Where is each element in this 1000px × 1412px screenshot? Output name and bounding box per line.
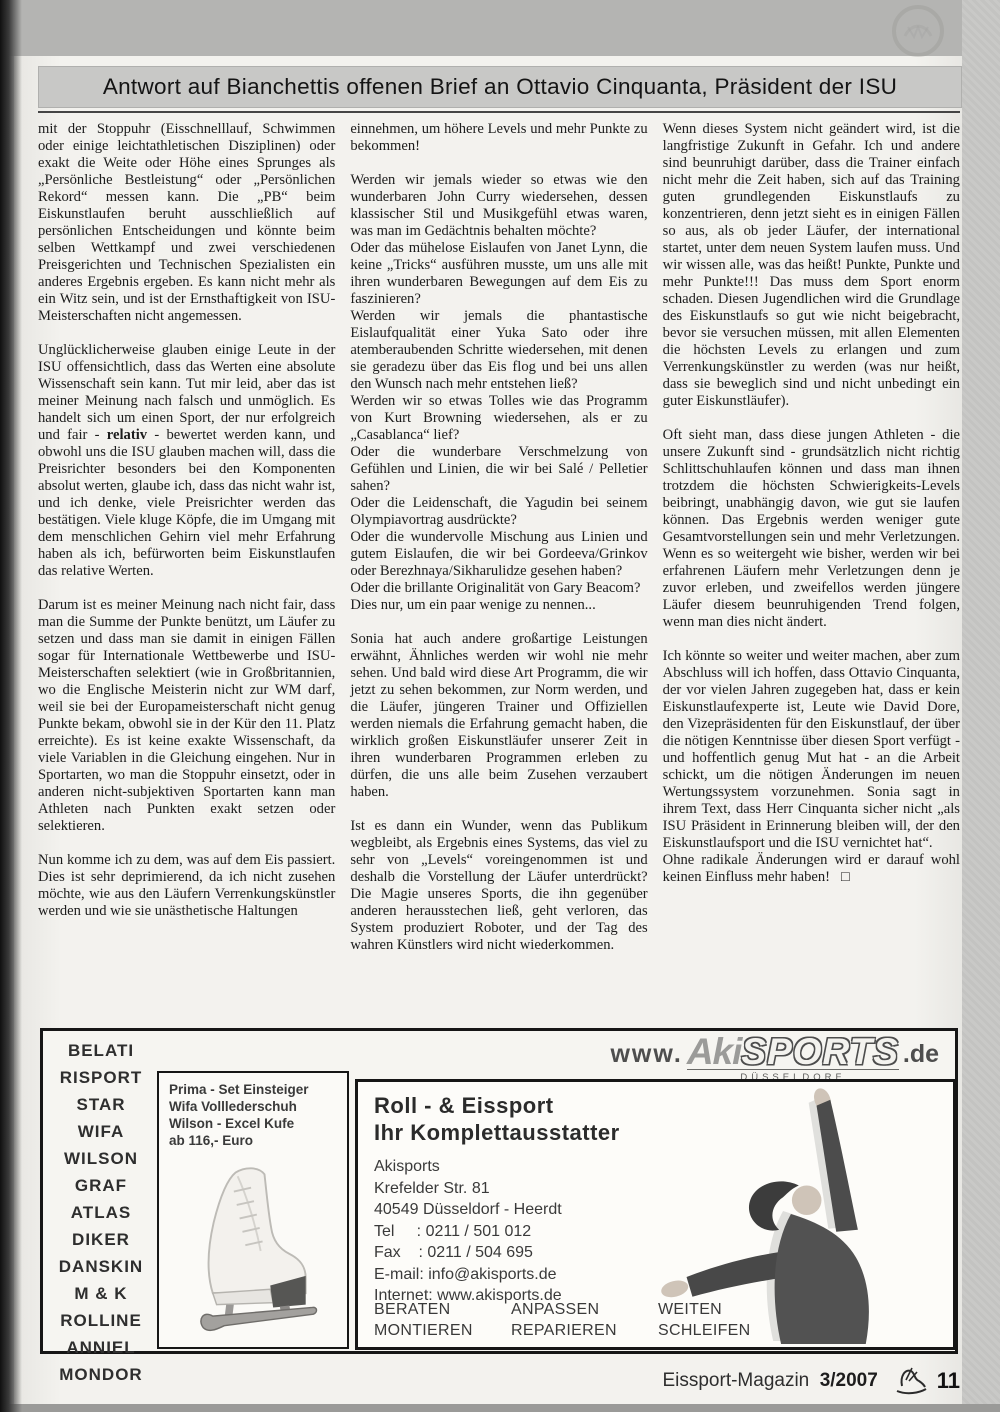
logo-tld-text: .de — [903, 1031, 939, 1077]
brand-item: DIKER — [47, 1230, 155, 1250]
contact-line: E-mail: info@akisports.de — [374, 1264, 562, 1286]
skate-boot-image — [173, 1159, 333, 1341]
brand-item: ANNIEL — [47, 1338, 155, 1358]
magazine-name: Eissport-Magazin — [662, 1370, 809, 1391]
scan-shadow-edge — [0, 0, 22, 1412]
advertisement: BELATIRISPORTSTARWIFAWILSONGRAFATLASDIKE… — [40, 1028, 958, 1354]
brand-item: DANSKIN — [47, 1257, 155, 1277]
brand-item: ROLLINE — [47, 1311, 155, 1331]
brand-item: STAR — [47, 1095, 155, 1115]
service-bottom: REPARIEREN — [511, 1320, 658, 1341]
issue-number: 3/2007 — [820, 1370, 878, 1391]
service-bottom: SCHLEIFEN — [658, 1320, 751, 1341]
offer-line: Prima - Set Einsteiger — [169, 1081, 337, 1098]
logo-www-text: www. — [610, 1031, 682, 1077]
ad-title-line2: Ihr Komplettausstatter — [374, 1119, 620, 1146]
contact-line: Fax : 0211 / 504 695 — [374, 1242, 562, 1264]
article-paragraph: Ist es dann ein Wunder, wenn das Publiku… — [350, 818, 647, 954]
article-title-bar: Antwort auf Bianchettis offenen Brief an… — [38, 66, 962, 108]
service-item: WEITENSCHLEIFEN — [658, 1299, 751, 1341]
brand-item: ATLAS — [47, 1203, 155, 1223]
offer-text: Prima - Set EinsteigerWifa Volllederschu… — [169, 1081, 337, 1149]
brand-item: RISPORT — [47, 1068, 155, 1088]
ad-main-box: Roll - & Eissport Ihr Komplettausstatter… — [355, 1079, 956, 1350]
contact-line: Akisports — [374, 1156, 562, 1178]
article-paragraph: Wenn dieses System nicht geändert wird, … — [663, 121, 960, 410]
magazine-skate-logo-icon — [892, 1366, 928, 1396]
header-divider — [38, 111, 960, 113]
services-list: BERATENMONTIERENANPASSENREPARIERENWEITEN… — [374, 1299, 751, 1341]
contact-line: 40549 Düsseldorf - Heerdt — [374, 1199, 562, 1221]
service-item: BERATENMONTIEREN — [374, 1299, 511, 1341]
service-top: BERATEN — [374, 1299, 511, 1320]
brand-item: BELATI — [47, 1041, 155, 1061]
article-paragraph: Sonia hat auch andere großartige Leistun… — [350, 631, 647, 801]
article-paragraph: einnehmen, um höhere Levels und mehr Pun… — [350, 121, 647, 155]
contact-line: Tel : 0211 / 501 012 — [374, 1221, 562, 1243]
offer-line: Wifa Volllederschuh — [169, 1098, 337, 1115]
corner-stamp-icon — [890, 3, 946, 59]
scan-bottom-margin — [0, 1404, 1000, 1412]
page-number: 11 — [937, 1368, 960, 1393]
brand-list: BELATIRISPORTSTARWIFAWILSONGRAFATLASDIKE… — [47, 1041, 155, 1392]
brand-item: WIFA — [47, 1122, 155, 1142]
article-paragraph: Nun komme ich zu dem, was auf dem Eis pa… — [38, 852, 335, 920]
article-title: Antwort auf Bianchettis offenen Brief an… — [103, 74, 897, 99]
article-paragraph: mit der Stoppuhr (Eisschnelllauf, Schwim… — [38, 121, 335, 325]
service-top: ANPASSEN — [511, 1299, 658, 1320]
service-top: WEITEN — [658, 1299, 751, 1320]
logo-sports-text: SPORTS — [741, 1031, 898, 1072]
scan-top-margin — [0, 0, 1000, 56]
brand-item: M & K — [47, 1284, 155, 1304]
logo-aki-text: Aki — [687, 1031, 742, 1072]
offer-box: Prima - Set EinsteigerWifa Volllederschu… — [157, 1071, 349, 1349]
article-paragraph: Darum ist es meiner Meinung nach nicht f… — [38, 597, 335, 835]
page-footer: Eissport-Magazin 3/2007 11 — [38, 1366, 960, 1396]
article-column: mit der Stoppuhr (Eisschnelllauf, Schwim… — [38, 121, 335, 971]
contact-block: AkisportsKrefelder Str. 8140549 Düsseldo… — [374, 1156, 562, 1307]
scan-right-margin — [962, 0, 1000, 1412]
logo-wordmark: AkiSPORTS DÜSSELDORF — [687, 1031, 899, 1083]
article-paragraph: Unglücklicherweise glauben einige Leute … — [38, 342, 335, 580]
article-body: mit der Stoppuhr (Eisschnelllauf, Schwim… — [38, 121, 960, 971]
offer-line: ab 116,- Euro — [169, 1132, 337, 1149]
offer-line: Wilson - Excel Kufe — [169, 1115, 337, 1132]
ad-title: Roll - & Eissport Ihr Komplettausstatter — [374, 1092, 620, 1146]
article-column: Wenn dieses System nicht geändert wird, … — [663, 121, 960, 971]
ad-title-line1: Roll - & Eissport — [374, 1092, 620, 1119]
article-column: einnehmen, um höhere Levels und mehr Pun… — [350, 121, 647, 971]
article-paragraph: Ich könnte so weiter und weiter machen, … — [663, 648, 960, 886]
scanned-magazine-page: Antwort auf Bianchettis offenen Brief an… — [0, 0, 1000, 1412]
contact-line: Krefelder Str. 81 — [374, 1178, 562, 1200]
service-item: ANPASSENREPARIEREN — [511, 1299, 658, 1341]
akisports-logo: www. AkiSPORTS DÜSSELDORF .de — [610, 1031, 939, 1083]
article-paragraph: Werden wir jemals wieder so etwas wie de… — [350, 172, 647, 614]
service-bottom: MONTIEREN — [374, 1320, 511, 1341]
brand-item: GRAF — [47, 1176, 155, 1196]
brand-item: WILSON — [47, 1149, 155, 1169]
article-paragraph: Oft sieht man, dass diese jungen Athlete… — [663, 427, 960, 631]
